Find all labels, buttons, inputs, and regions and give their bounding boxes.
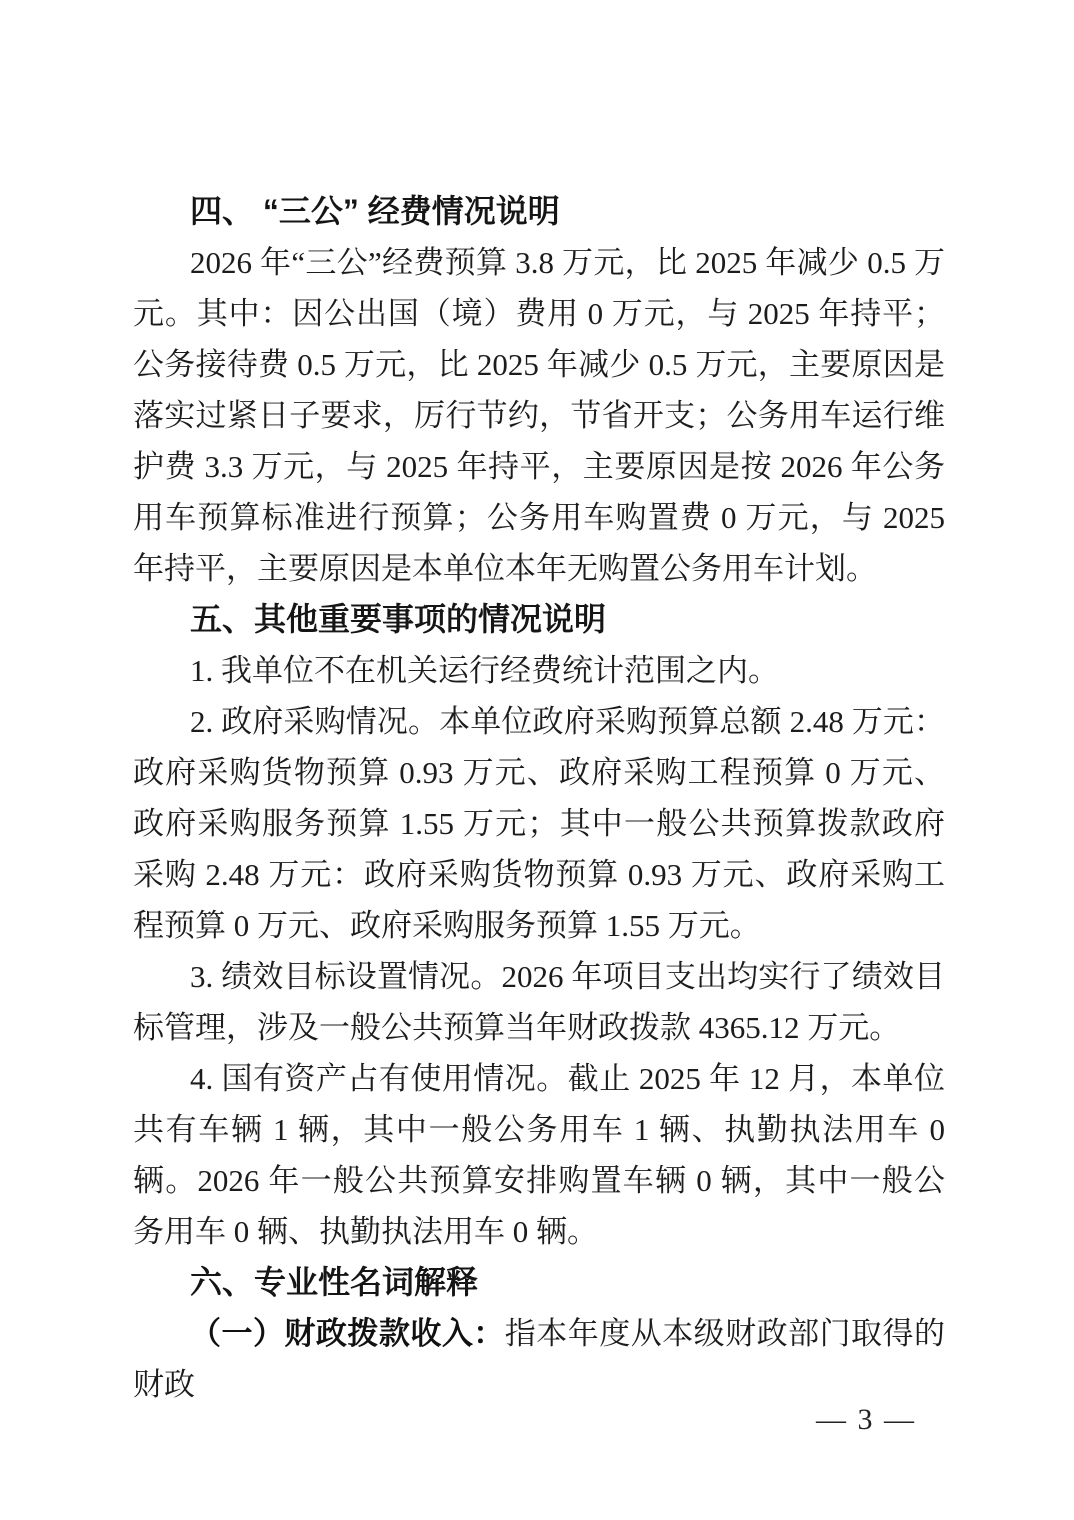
definition-fiscal-appropriation-income: （一）财政拨款收入：指本年度从本级财政部门取得的财政 (133, 1308, 945, 1410)
item-state-owned-assets: 4. 国有资产占有使用情况。截止 2025 年 12 月，本单位共有车辆 1 辆… (133, 1053, 945, 1257)
section-heading-terminology: 六、专业性名词解释 (133, 1257, 945, 1308)
definition-term-label: （一）财政拨款收入： (190, 1316, 505, 1351)
document-content: 四、 “三公” 经费情况说明 2026 年“三公”经费预算 3.8 万元，比 2… (133, 186, 945, 1410)
section-heading-other-important-matters: 五、其他重要事项的情况说明 (133, 594, 945, 645)
item-government-procurement: 2. 政府采购情况。本单位政府采购预算总额 2.48 万元：政府采购货物预算 0… (133, 696, 945, 951)
document-page: 四、 “三公” 经费情况说明 2026 年“三公”经费预算 3.8 万元，比 2… (0, 0, 1074, 1520)
item-operating-expense-scope: 1. 我单位不在机关运行经费统计范围之内。 (133, 645, 945, 696)
san-gong-expense-paragraph: 2026 年“三公”经费预算 3.8 万元，比 2025 年减少 0.5 万元。… (133, 237, 945, 594)
section-heading-san-gong: 四、 “三公” 经费情况说明 (133, 186, 945, 237)
item-performance-targets: 3. 绩效目标设置情况。2026 年项目支出均实行了绩效目标管理，涉及一般公共预… (133, 951, 945, 1053)
page-number: — 3 — (816, 1403, 916, 1437)
